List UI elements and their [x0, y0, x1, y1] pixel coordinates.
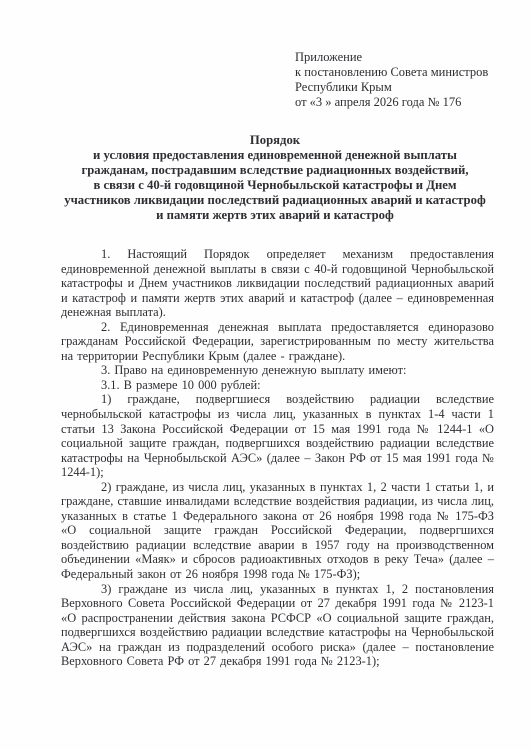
subitem-1: 1) граждане, подвергшиеся воздействию ра…: [61, 392, 494, 479]
title-line: и условия предоставления единовременной …: [55, 148, 495, 163]
document-title: Порядок и условия предоставления единовр…: [55, 133, 495, 222]
annex-line: Приложение: [295, 50, 525, 65]
annex-reference-block: Приложение к постановлению Совета минист…: [295, 50, 525, 110]
paragraph-1: 1. Настоящий Порядок определяет механизм…: [61, 247, 494, 320]
title-line: гражданам, пострадавшим вследствие радиа…: [55, 163, 495, 178]
document-page: Приложение к постановлению Совета минист…: [0, 0, 531, 750]
title-line: в связи с 40-й годовщиной Чернобыльской …: [55, 178, 495, 193]
paragraph-3-1: 3.1. В размере 10 000 рублей:: [61, 378, 494, 393]
paragraph-2: 2. Единовременная денежная выплата предо…: [61, 320, 494, 364]
subitem-2: 2) граждане, из числа лиц, указанных в п…: [61, 480, 494, 582]
title-line: и памяти жертв этих аварий и катастроф: [55, 208, 495, 223]
annex-line: Республики Крым: [295, 80, 525, 95]
annex-line: от «3 » апреля 2026 года № 176: [295, 95, 525, 110]
document-body: 1. Настоящий Порядок определяет механизм…: [61, 247, 494, 669]
paragraph-3: 3. Право на единовременную денежную выпл…: [61, 363, 494, 378]
annex-line: к постановлению Совета министров: [295, 65, 525, 80]
subitem-3: 3) граждане из числа лиц, указанных в пу…: [61, 582, 494, 669]
title-line: участников ликвидации последствий радиац…: [55, 193, 495, 208]
title-line: Порядок: [55, 133, 495, 148]
